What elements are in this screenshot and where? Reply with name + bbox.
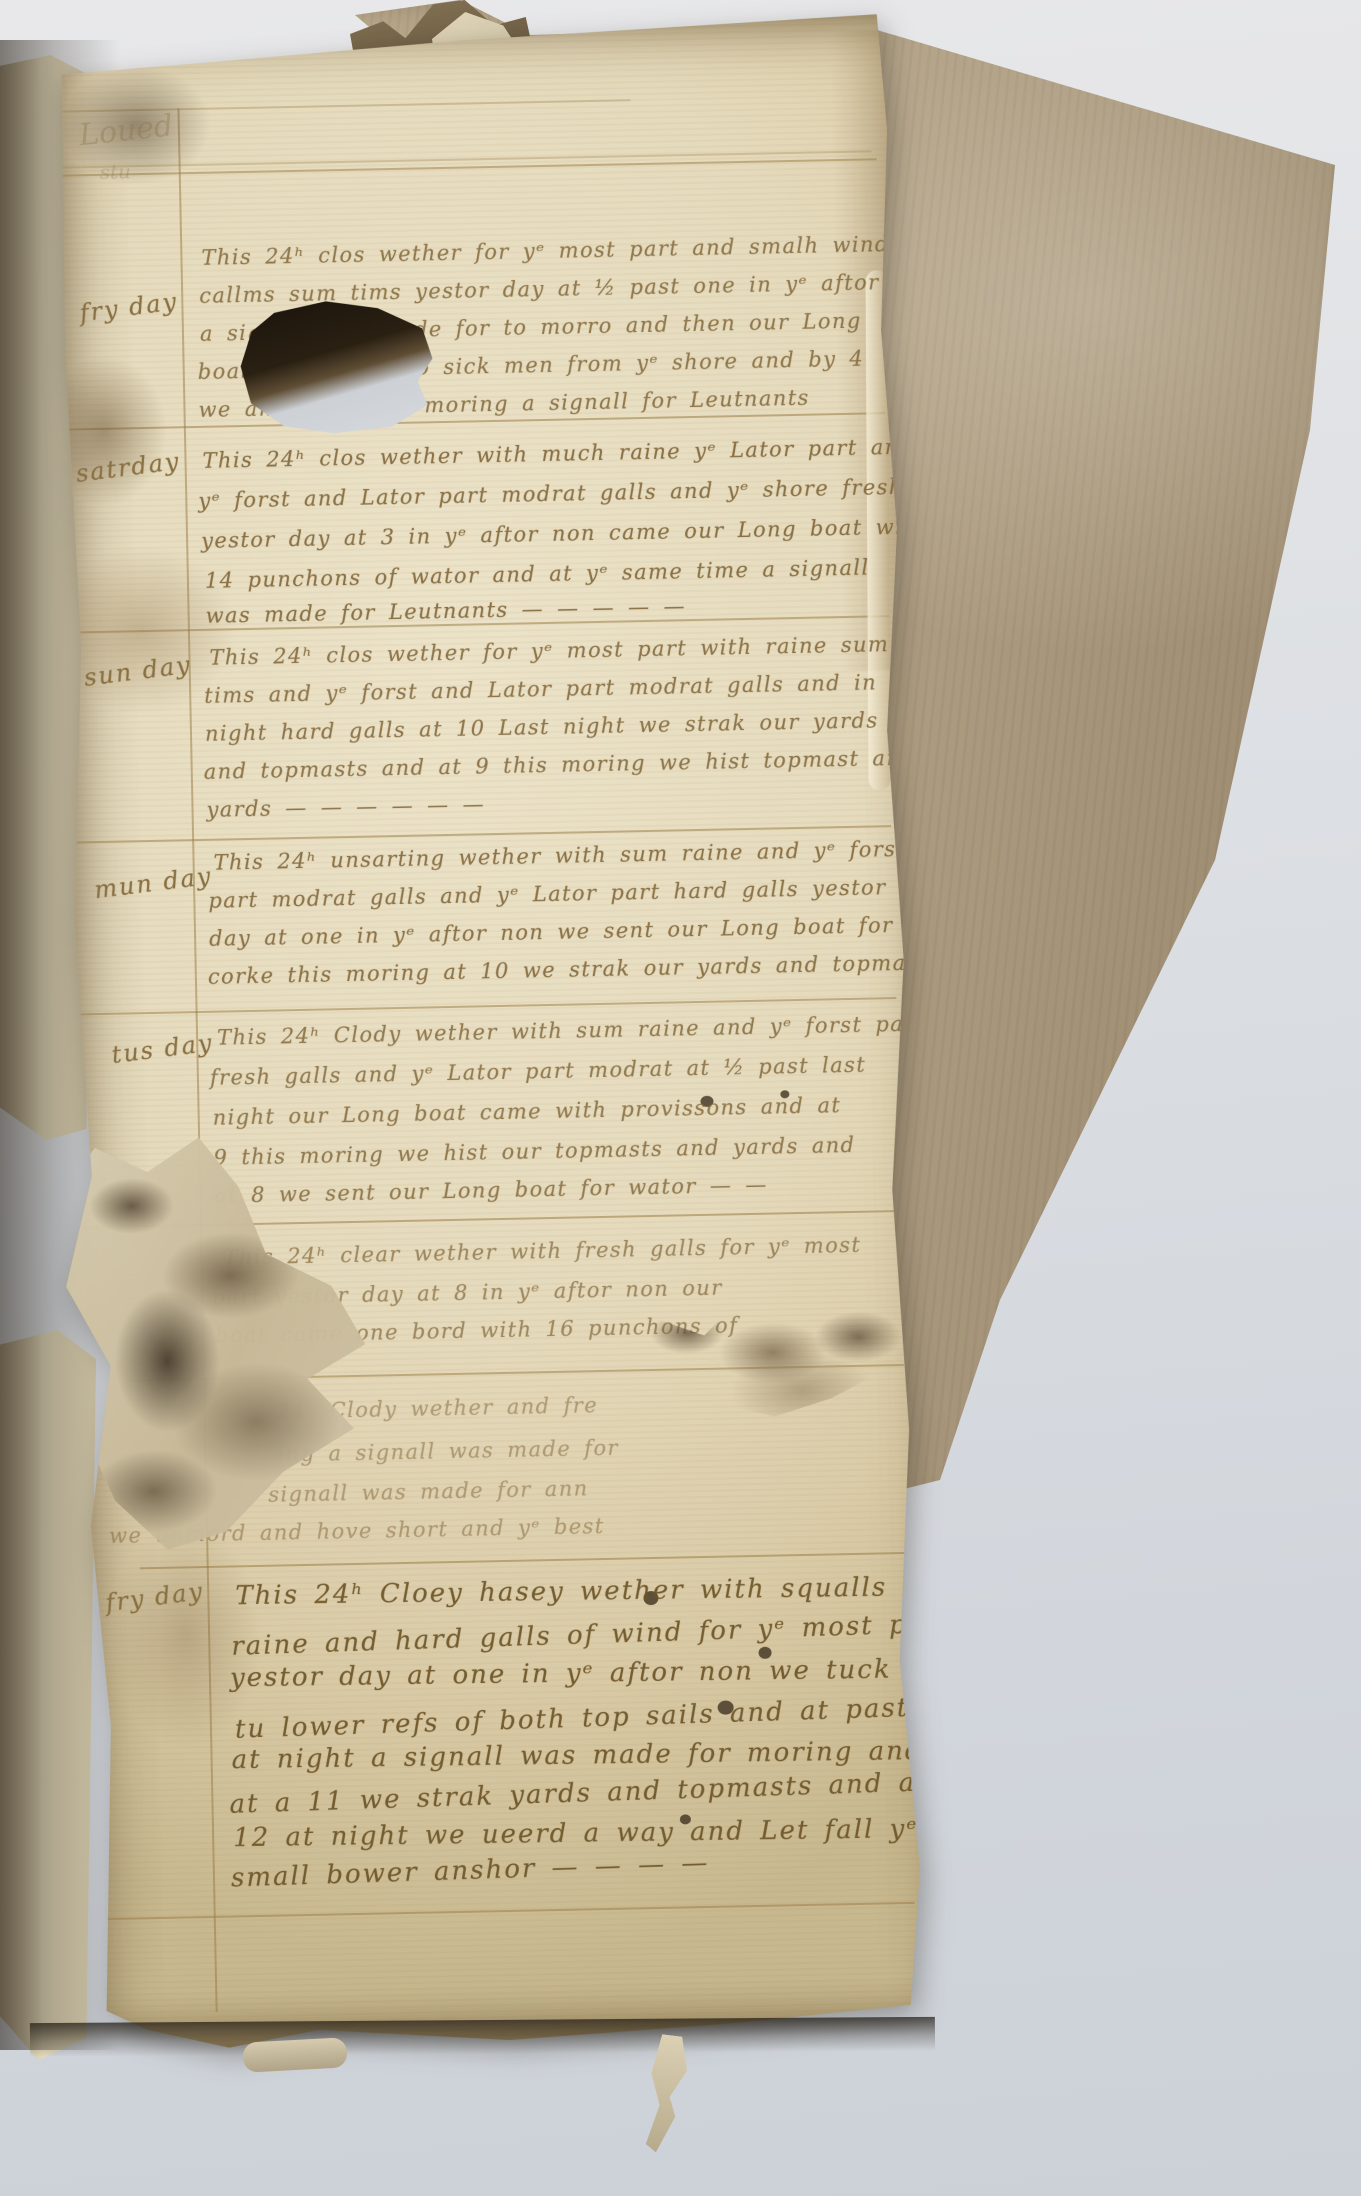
log-line: This 24ʰ Clody wether with sum raine and… xyxy=(217,1011,926,1049)
log-line: part modrat galls and yᵉ Lator part hard… xyxy=(208,875,887,913)
log-line: yards — — — — — — xyxy=(206,792,485,822)
log-line: at 8 we sent our Long boat for wator — — xyxy=(214,1173,768,1208)
log-line: signall was made for ann xyxy=(268,1476,589,1506)
log-line: This 24ʰ Cloey hasey wether with squalls xyxy=(235,1573,887,1612)
day-label: tus day xyxy=(110,1029,215,1070)
log-line: at night a signall was made for moring a… xyxy=(231,1736,923,1775)
log-line: at a 11 we strak yards and topmasts and … xyxy=(229,1767,929,1820)
log-line: This 24ʰ clear wether with fresh galls f… xyxy=(223,1233,861,1270)
log-line: night our Long boat came with provissons… xyxy=(212,1093,841,1130)
log-line: night hard galls at 10 Last night we str… xyxy=(205,708,879,746)
log-line: 9 this moring we hist our topmasts and y… xyxy=(213,1133,855,1170)
log-line: fresh galls and yᵉ Lator part modrat at … xyxy=(210,1053,867,1090)
paper-tab-fragment xyxy=(242,2037,347,2072)
log-line: This 24ʰ clos wether with much raine yᵉ … xyxy=(202,435,914,473)
log-line: 14 punchons of wator and at yᵉ same time… xyxy=(205,555,870,592)
log-line: yᵉ forst and Lator part modrat galls and… xyxy=(198,475,904,513)
torn-bottom-edge-shadow xyxy=(30,2017,935,2057)
log-line: yestor day at one in yᵉ aftor non we tuc… xyxy=(230,1655,892,1694)
log-line: 12 at night we ueerd a way and Let fall … xyxy=(233,1814,919,1853)
ink-blot xyxy=(923,1733,934,1743)
log-line: small bower anshor — — — — xyxy=(231,1848,710,1893)
log-line: yestor day at 3 in yᵉ aftor non came our… xyxy=(201,514,928,553)
faded-margin-note: stu xyxy=(99,159,131,184)
log-line: raine and hard galls of wind for yᵉ most… xyxy=(231,1609,926,1661)
day-label: fry day xyxy=(78,287,179,327)
log-line: callms sum tims yestor day at ½ past one… xyxy=(199,269,937,308)
scanned-logbook-page: Loued stu fry day This 24ʰ clos wether f… xyxy=(0,0,1361,2196)
log-line: This 24ʰ clos wether for yᵉ most part wi… xyxy=(209,632,889,670)
log-line: was made for Leutnants — — — — — xyxy=(205,594,686,628)
log-line: and topmasts and at 9 this moring we his… xyxy=(204,746,917,784)
paper-sheet: Loued stu fry day This 24ʰ clos wether f… xyxy=(39,9,965,2056)
entry-separator-line xyxy=(140,1552,908,1569)
entry-separator-line xyxy=(87,1902,915,1921)
entry-separator-line xyxy=(69,997,897,1016)
log-line: This 24ʰ unsarting wether with sum raine… xyxy=(213,837,906,875)
log-line: day at one in yᵉ aftor non we sent our L… xyxy=(209,913,894,951)
log-line: tims and yᵉ forst and Lator part modrat … xyxy=(204,670,913,708)
manuscript-page: Loued stu fry day This 24ʰ clos wether f… xyxy=(39,9,965,2056)
log-line: corke this moring at 10 we strak our yar… xyxy=(208,950,941,989)
day-label: mun day xyxy=(93,862,214,905)
